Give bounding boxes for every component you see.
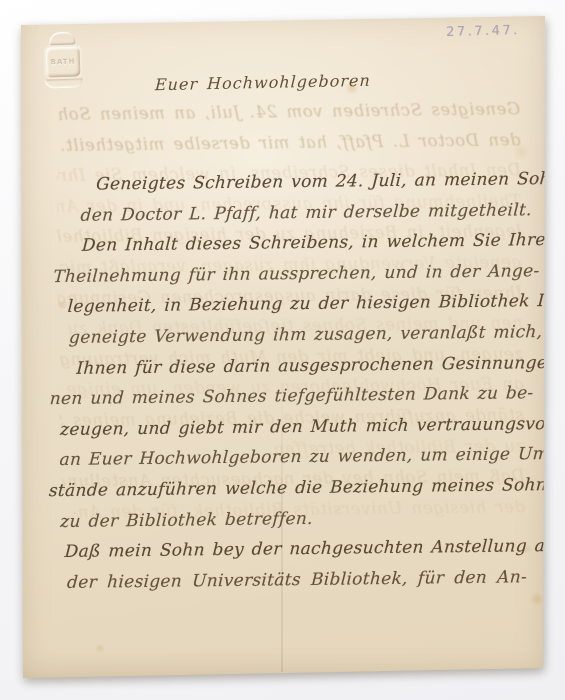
manuscript-line: geneigte Verwendung ihm zusagen, veranla… xyxy=(68,317,515,353)
bleedthrough-line: den Doctor L. Pfaff, hat mir derselbe mi… xyxy=(56,125,520,161)
letter-sheet: BATH 27.7.47. Geneigtes Schreiben vom 24… xyxy=(0,0,565,700)
embossed-crest-icon: BATH xyxy=(38,31,88,95)
manuscript-line: Geneigtes Schreiben vom 24. Juli, an mei… xyxy=(95,164,523,200)
crest-crown xyxy=(49,32,75,46)
archival-date-pencil: 27.7.47. xyxy=(446,23,520,40)
crest-wreath xyxy=(45,78,83,88)
crest-label: BATH xyxy=(50,58,75,67)
photo-background: BATH 27.7.47. Geneigtes Schreiben vom 24… xyxy=(0,0,565,700)
crest-shield: BATH xyxy=(45,46,80,77)
manuscript-line: der hiesigen Universitäts Bibliothek, fü… xyxy=(66,562,528,598)
bleedthrough-line: Geneigtes Schreiben vom 24. Juli, an mei… xyxy=(56,94,520,130)
salutation: Euer Hochwohlgeboren xyxy=(155,71,372,95)
paper-shadow: BATH 27.7.47. Geneigtes Schreiben vom 24… xyxy=(0,0,565,700)
manuscript-line: Den Inhalt dieses Schreibens, in welchem… xyxy=(81,226,524,262)
letter-body: Geneigtes Schreiben vom 24. Juli, an mei… xyxy=(58,164,527,598)
